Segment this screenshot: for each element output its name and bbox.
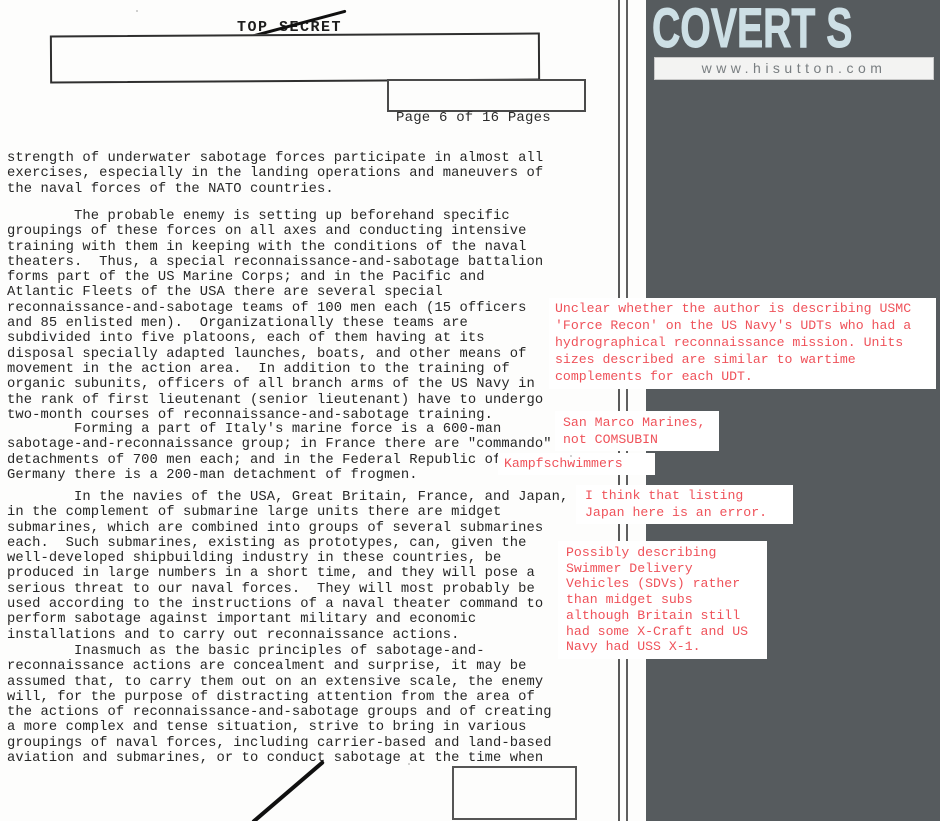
paragraph-5: Inasmuch as the basic principles of sabo… <box>7 644 552 766</box>
scan-speckle <box>210 186 212 188</box>
paragraph-3: Forming a part of Italy's marine force i… <box>7 422 552 483</box>
strike-line-bottom <box>251 760 325 821</box>
page-number-label: Page 6 of 16 Pages <box>396 110 551 126</box>
scan-speckle <box>136 10 138 12</box>
annotation-japan-error-note: I think that listing Japan here is an er… <box>576 485 793 524</box>
paragraph-2: The probable enemy is setting up beforeh… <box>7 209 543 423</box>
annotation-udt-note: Unclear whether the author is describing… <box>549 298 936 389</box>
paragraph-4: In the navies of the USA, Great Britain,… <box>7 490 568 643</box>
scan-speckle <box>570 455 572 457</box>
annotation-san-marco-note: San Marco Marines, not COMSUBIN <box>555 411 719 451</box>
covert-shores-logo: COVERT SHORES <box>652 2 854 54</box>
redaction-box-top <box>50 33 540 84</box>
redaction-box-bottom <box>452 766 577 820</box>
scan-speckle <box>408 763 410 765</box>
website-url-label: www.hisutton.com <box>654 57 934 80</box>
scanned-document-page: COVERT SHORES www.hisutton.com TOP SECRE… <box>0 0 940 821</box>
annotation-sdv-note: Possibly describing Swimmer Delivery Veh… <box>558 541 767 659</box>
redaction-box-secondary <box>387 79 586 112</box>
annotation-kampfschwimmers-note: Kampfschwimmers <box>498 453 655 475</box>
paragraph-1: strength of underwater sabotage forces p… <box>7 151 543 197</box>
